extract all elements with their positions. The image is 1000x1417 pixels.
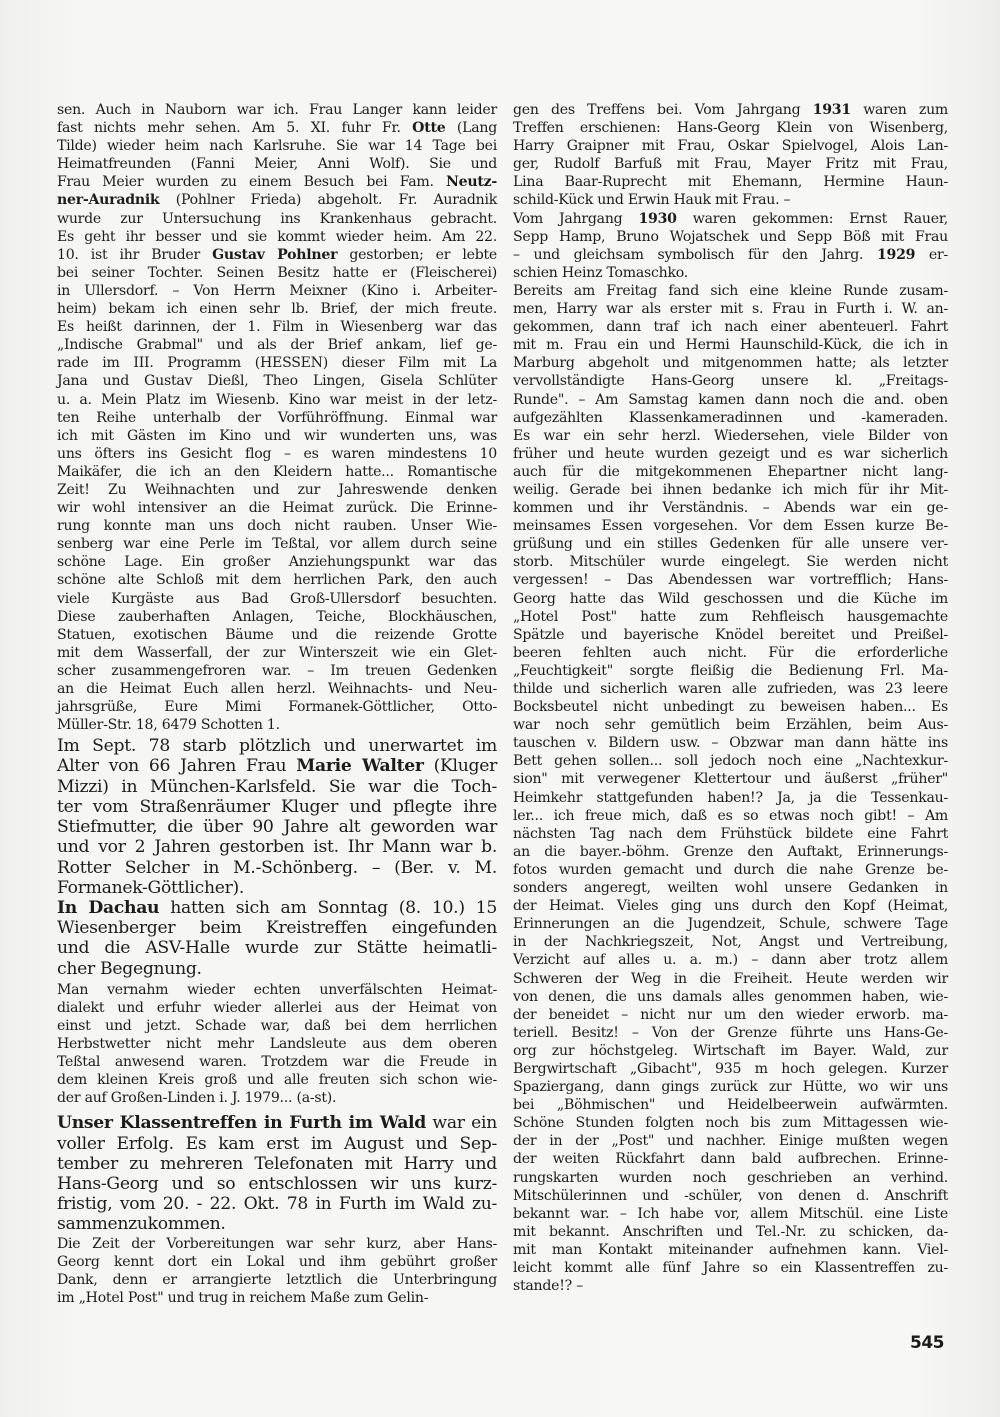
text-line: org zur höchstgeleg. Wirtschaft im Bayer…	[513, 1042, 948, 1060]
text-line: bei „Böhmischen" und Heidelbeerwein aufw…	[513, 1096, 948, 1114]
text-line: scher zusammengefroren war. – Im treuen …	[57, 662, 497, 680]
text-line: Heimkehr stattgefunden haben!? Ja, ja di…	[513, 789, 948, 807]
text-line: rung konnte man uns doch nicht rauben. U…	[57, 517, 497, 535]
text-line: Jana und Gustav Dießl, Theo Lingen, Gise…	[57, 372, 497, 390]
text-line: Marburg abgeholt und mitgenommen hatte; …	[513, 354, 948, 372]
text-line: Spaziergang, dann gings zurück zur Hütte…	[513, 1078, 948, 1096]
text-line: rade im III. Programm (HESSEN) dieser Fi…	[57, 354, 497, 372]
text-line: der auf Großen-Linden i. J. 1979... (a-s…	[57, 1089, 497, 1107]
text-line: leicht kommt alle fünf Jahre so ein Klas…	[513, 1259, 948, 1277]
text-line: ner-Auradnik (Pohlner Frieda) abgeholt. …	[57, 191, 497, 209]
left-column: sen. Auch in Nauborn war ich. Frau Lange…	[57, 101, 497, 1307]
text-line: sion" mit verwegener Klettertour und äuß…	[513, 770, 948, 788]
text-line: Hans-Georg und so entschlossen wir uns k…	[57, 1174, 497, 1194]
text-line: ich mit Gästen im Kino und wir wunderten…	[57, 427, 497, 445]
text-line: „Hotel Post" hatte zum Rehfleisch hausge…	[513, 608, 948, 626]
text-line: schild-Kück und Erwin Hauk mit Frau. –	[513, 191, 948, 209]
text-line: ten Reihe unterhalb der Vorführöffnung. …	[57, 409, 497, 427]
bold-name: Neutz-	[446, 174, 497, 190]
paragraph-obituary-marie-walter: Im Sept. 78 starb plötzlich und unerwart…	[57, 736, 497, 898]
text-line: jahrsgrüße, Eure Mimi Formanek-Göttliche…	[57, 698, 497, 716]
text-line: senberg war eine Perle im Teßtal, vor al…	[57, 535, 497, 553]
text-line: gekommen, dann traf ich nach einer abent…	[513, 318, 948, 336]
text-line: Treffen erschienen: Hans-Georg Klein von…	[513, 119, 948, 137]
page-number: 545	[910, 1333, 944, 1353]
text-line: Spätzle und bayerische Knödel bereitet u…	[513, 626, 948, 644]
text-line: ter vom Straßenräumer Kluger und pflegte…	[57, 797, 497, 817]
bold-name: 1931	[813, 102, 851, 118]
text-line: Georg hatte das Wild geschossen und die …	[513, 590, 948, 608]
text-line: mit man Kontakt miteinander aufnehmen ka…	[513, 1241, 948, 1259]
text-line: Schweren der Weg in die Freiheit. Heute …	[513, 970, 948, 988]
text-line: Bocksbeutel nicht unbedingt zu beweisen …	[513, 698, 948, 716]
text-line: schöne Lage. Ein großer Anziehungspunkt …	[57, 553, 497, 571]
text-line: kommen und ihr Verständnis. – Abends war…	[513, 499, 948, 517]
text-line: der Heimat. Vieles ging uns durch den Ko…	[513, 897, 948, 915]
text-line: sen. Auch in Nauborn war ich. Frau Lange…	[57, 101, 497, 119]
text-line: voller Erfolg. Es kam erst im August und…	[57, 1134, 497, 1154]
text-line: mit bekannt. Anschriften und Tel.-Nr. zu…	[513, 1223, 948, 1241]
text-line: Bett gehen sollen... soll jedoch noch ei…	[513, 752, 948, 770]
text-line: Harry Graipner mit Frau, Oskar Spielvoge…	[513, 137, 948, 155]
text-line: an die Heimat Euch allen herzl. Weihnach…	[57, 680, 497, 698]
bold-name: Marie Walter	[296, 756, 423, 776]
text-line: schöne alte Schloß mit dem herrlichen Pa…	[57, 571, 497, 589]
text-line: sammenzukommen.	[57, 1214, 497, 1234]
paragraph-nauborn-letter: sen. Auch in Nauborn war ich. Frau Lange…	[57, 101, 497, 734]
text-line: 10. ist ihr Bruder Gustav Pohlner gestor…	[57, 246, 497, 264]
text-line: Mizzi) in München-Karlsfeld. Sie war die…	[57, 777, 497, 797]
text-line: Lina Baar-Ruprecht mit Ehemann, Hermine …	[513, 173, 948, 191]
text-line: früher und heute wurden gezeigt und es w…	[513, 445, 948, 463]
text-line: bekannt war. – Ich habe vor, allem Mitsc…	[513, 1205, 948, 1223]
paragraph-klassentreffen-lead: Unser Klassentreffen in Furth im Wald wa…	[57, 1113, 497, 1234]
bold-name: 1930	[638, 211, 676, 227]
text-line: in der Nachkriegszeit, Not, Angst und Ve…	[513, 933, 948, 951]
text-line: Alter von 66 Jahren Frau Marie Walter (K…	[57, 756, 497, 776]
paragraph-dachau-body: Man vernahm wieder echten unverfälschten…	[57, 981, 497, 1108]
text-line: fotos wurden gemacht und durch die nahe …	[513, 861, 948, 879]
text-line: und vor 2 Jahren gestorben ist. Ihr Mann…	[57, 837, 497, 857]
text-line: Statuen, exotischen Bäume und die reizen…	[57, 626, 497, 644]
text-line: Schöne Stunden folgten noch bis zum Mitt…	[513, 1114, 948, 1132]
text-line: Verzicht auf alles u. a. m.) – dann aber…	[513, 951, 948, 969]
text-line: Erinnerungen an die Jugendzeit, Schule, …	[513, 915, 948, 933]
text-line: – und gleichsam symbolisch für den Jahrg…	[513, 246, 948, 264]
text-line: Rotter Selcher in M.-Schönberg. – (Ber. …	[57, 858, 497, 878]
text-line: Sepp Hamp, Bruno Wojatschek und Sepp Böß…	[513, 228, 948, 246]
text-line: von denen, die uns damals alles genommen…	[513, 988, 948, 1006]
bold-name: ner-Auradnik	[57, 192, 159, 208]
text-line: schien Heinz Tomaschko.	[513, 264, 948, 282]
bold-name: Gustav Pohlner	[212, 247, 337, 263]
text-line: In Dachau hatten sich am Sonntag (8. 10.…	[57, 898, 497, 918]
text-line: der in der „Post" und nachher. Einige mu…	[513, 1132, 948, 1150]
text-line: Mitschülerinnen und -schüler, von denen …	[513, 1187, 948, 1205]
text-line: Frau Meier wurden zu einem Besuch bei Fa…	[57, 173, 497, 191]
bold-name: In Dachau	[57, 898, 159, 918]
text-line: Vom Jahrgang 1930 waren gekommen: Ernst …	[513, 210, 948, 228]
paragraph-jahrgang-1930: Vom Jahrgang 1930 waren gekommen: Ernst …	[513, 210, 948, 282]
text-line: ler... ich freue mich, daß es so etwas n…	[513, 807, 948, 825]
text-line: im „Hotel Post" und trug in reichem Maße…	[57, 1289, 497, 1307]
text-line: dialekt und erfuhr wieder allerlei aus d…	[57, 999, 497, 1017]
text-line: Tilde) wieder heim nach Karlsruhe. Sie w…	[57, 137, 497, 155]
paragraph-jahrgang-1931: gen des Treffens bei. Vom Jahrgang 1931 …	[513, 101, 948, 210]
text-line: tauschen v. Bildern usw. – Obzwar man da…	[513, 734, 948, 752]
text-line: men, Harry war als erster mit s. Frau in…	[513, 300, 948, 318]
text-line: vergessen! – Das Abendessen war vortreff…	[513, 571, 948, 589]
text-line: Man vernahm wieder echten unverfälschten…	[57, 981, 497, 999]
text-line: Heimatfreunden (Fanni Meier, Anni Wolf).…	[57, 155, 497, 173]
text-line: weilig. Gerade bei ihnen bedanke ich mic…	[513, 481, 948, 499]
text-line: Wiesenberger beim Kreistreffen eingefund…	[57, 918, 497, 938]
text-line: sonders angeregt, weilten wohl unsere Ge…	[513, 879, 948, 897]
text-line: Georg kennt dort ein Lokal und ihm gebüh…	[57, 1253, 497, 1271]
text-line: Es war ein sehr herzl. Wiedersehen, viel…	[513, 427, 948, 445]
text-line: und die ASV-Halle wurde zur Stätte heima…	[57, 938, 497, 958]
paragraph-dachau-lead: In Dachau hatten sich am Sonntag (8. 10.…	[57, 898, 497, 979]
text-line: beeren fehlten auch nicht. Für die erfor…	[513, 644, 948, 662]
text-line: wurde zur Untersuchung ins Krankenhaus g…	[57, 210, 497, 228]
text-line: auch für die mitgekommenen Ehepartner ni…	[513, 463, 948, 481]
text-line: der beneidet – nicht nur um den wieder e…	[513, 1006, 948, 1024]
text-line: tember zu mehreren Telefonaten mit Harry…	[57, 1154, 497, 1174]
text-line: viele Kurgäste aus Bad Groß-Ullersdorf b…	[57, 590, 497, 608]
text-line: Herbstwetter nicht mehr Landsleute aus d…	[57, 1035, 497, 1053]
text-line: „Feuchtigkeit" sorgte fleißig die Bedien…	[513, 662, 948, 680]
text-line: dem kleinen Kreis groß und alle freuten …	[57, 1071, 497, 1089]
text-line: teriell. Besitz! – Von der Grenze führte…	[513, 1024, 948, 1042]
bold-name: 1929	[877, 247, 915, 263]
text-line: war noch sehr gemütlich beim Erzählen, b…	[513, 716, 948, 734]
text-line: heim) bekam ich einen sehr lb. Brief, de…	[57, 300, 497, 318]
text-line: Es geht ihr besser und sie kommt wieder …	[57, 228, 497, 246]
text-line: Runde". – Am Samstag kamen dann noch die…	[513, 391, 948, 409]
text-line: Unser Klassentreffen in Furth im Wald wa…	[57, 1113, 497, 1133]
text-line: grüßung und ein stilles Gedenken für all…	[513, 535, 948, 553]
paragraph-treffen-report: Bereits am Freitag fand sich eine kleine…	[513, 282, 948, 1295]
paragraph-klassentreffen-body: Die Zeit der Vorbereitungen war sehr kur…	[57, 1235, 497, 1307]
text-line: meinsames Essen vorgesehen. Vor dem Esse…	[513, 517, 948, 535]
text-line: fristig, vom 20. - 22. Okt. 78 in Furth …	[57, 1194, 497, 1214]
text-line: rungskarten wurden noch geschrieben an v…	[513, 1169, 948, 1187]
text-line: mit m. Frau ein und Hermi Haunschild-Küc…	[513, 336, 948, 354]
text-line: Es heißt darinnen, der 1. Film in Wiesen…	[57, 318, 497, 336]
text-line: Müller-Str. 18, 6479 Schotten 1.	[57, 716, 497, 734]
bold-name: Otte	[412, 120, 445, 136]
text-line: Bereits am Freitag fand sich eine kleine…	[513, 282, 948, 300]
text-line: Die Zeit der Vorbereitungen war sehr kur…	[57, 1235, 497, 1253]
text-line: stande!? –	[513, 1277, 948, 1295]
text-line: der weiten Rückfahrt dann bald aufbreche…	[513, 1150, 948, 1168]
text-line: Zeit! Zu Weihnachten und zur Jahreswende…	[57, 481, 497, 499]
text-line: wir wohl intensiver an die Heimat zurück…	[57, 499, 497, 517]
text-line: an die bayer.-böhm. Grenze den Auftakt, …	[513, 843, 948, 861]
bold-name: Unser Klassentreffen in Furth im Wald	[57, 1113, 426, 1133]
text-line: „Indische Grabmal" und als der Brief ank…	[57, 336, 497, 354]
text-line: nächsten Tag nach dem Frühstück bildete …	[513, 825, 948, 843]
text-line: einst und jetzt. Schade war, daß bei dem…	[57, 1017, 497, 1035]
text-line: thilde und sicherlich waren alle zufried…	[513, 680, 948, 698]
text-line: storb. Mitschüler wurde eingelegt. Sie w…	[513, 553, 948, 571]
text-line: Bergwirtschaft „Gibacht", 935 m hoch gel…	[513, 1060, 948, 1078]
text-line: uns öfters ins Gesicht flog – es waren m…	[57, 445, 497, 463]
text-line: u. a. Mein Platz im Wiesenb. Kino war me…	[57, 391, 497, 409]
text-line: Formanek-Göttlicher).	[57, 878, 497, 898]
text-line: Teßtal anwesend waren. Trotzdem war die …	[57, 1053, 497, 1071]
text-line: Dank, denn er arrangierte letztlich die …	[57, 1271, 497, 1289]
text-line: in Ullersdorf. – Von Herrn Meixner (Kino…	[57, 282, 497, 300]
text-line: cher Begegnung.	[57, 959, 497, 979]
text-line: bei seiner Tochter. Seinen Besitz hatte …	[57, 264, 497, 282]
text-line: mit dem Wasserfall, der zur Winterszeit …	[57, 644, 497, 662]
text-line: Maikäfer, die ich an den Kleidern hatte.…	[57, 463, 497, 481]
right-column: gen des Treffens bei. Vom Jahrgang 1931 …	[513, 101, 948, 1295]
text-line: vervollständigte Hans-Georg unsere kl. „…	[513, 372, 948, 390]
text-line: aufgezählten Klassenkameradinnen und -ka…	[513, 409, 948, 427]
text-line: Stiefmutter, die über 90 Jahre alt gewor…	[57, 817, 497, 837]
text-line: ger, Rudolf Barfuß mit Frau, Mayer Fritz…	[513, 155, 948, 173]
text-line: fast nichts mehr sehen. Am 5. XI. fuhr F…	[57, 119, 497, 137]
text-line: Im Sept. 78 starb plötzlich und unerwart…	[57, 736, 497, 756]
text-line: gen des Treffens bei. Vom Jahrgang 1931 …	[513, 101, 948, 119]
text-line: Diese zauberhaften Anlagen, Teiche, Bloc…	[57, 608, 497, 626]
